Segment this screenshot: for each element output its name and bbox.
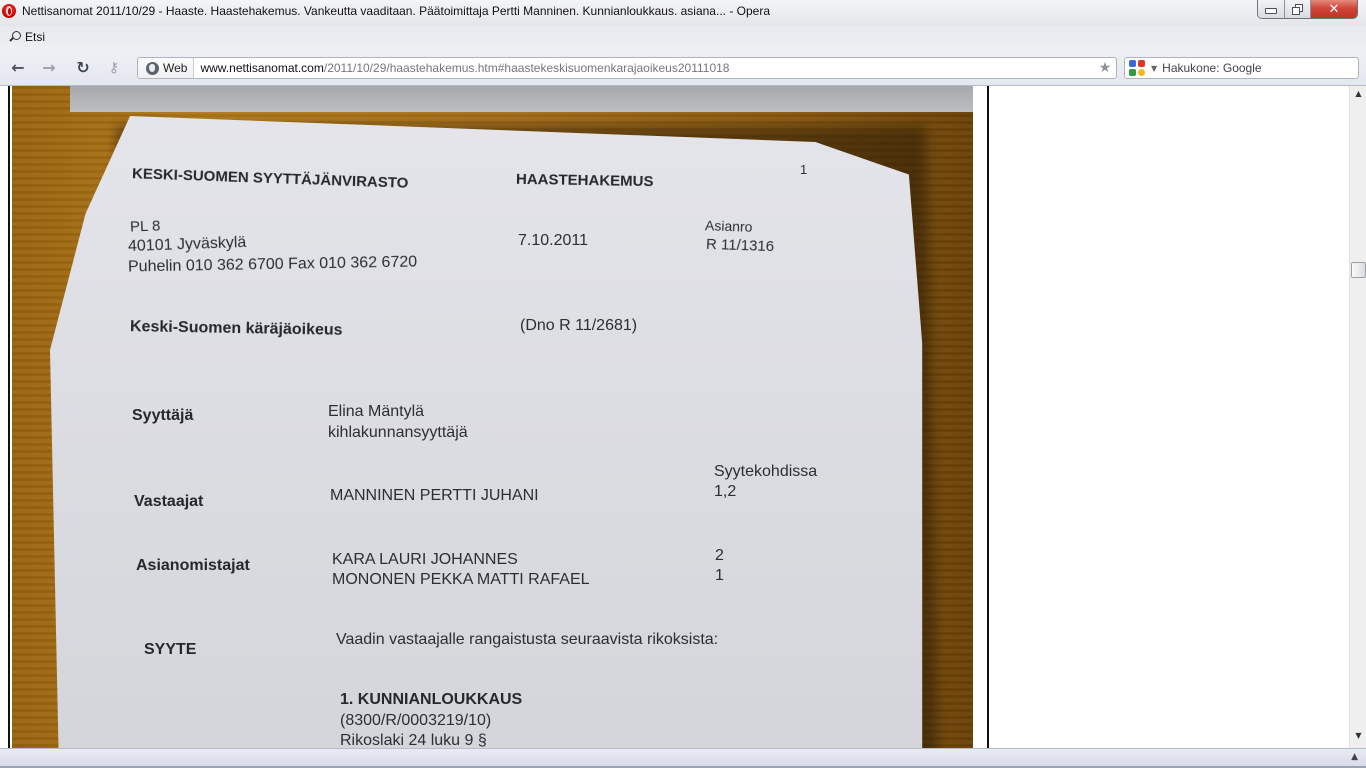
- back-arrow-icon: ←: [11, 60, 24, 76]
- doc-charge-label: SYYTE: [144, 641, 196, 659]
- navigation-toolbar: ← → ↻ ⚷ Web www.nettisanomat.com/2011/10…: [0, 50, 1366, 86]
- doc-case-number: R 11/1316: [706, 236, 775, 255]
- doc-type: HAASTEHAKEMUS: [516, 171, 654, 190]
- opera-icon[interactable]: [2, 4, 16, 18]
- search-engine-placeholder: Hakukone: Google: [1162, 61, 1261, 75]
- scroll-down-arrow-icon[interactable]: ▼: [1350, 731, 1366, 745]
- search-menu-label: Etsi: [25, 30, 45, 44]
- scrollbar-thumb[interactable]: [1351, 262, 1366, 278]
- site-badge-label: Web: [163, 61, 187, 75]
- doc-charge-intro: Vaadin vastaajalle rangaistusta seuraavi…: [336, 631, 718, 649]
- forward-button[interactable]: →: [40, 59, 58, 77]
- doc-item1-ref: (8300/R/0003219/10): [340, 712, 491, 730]
- bottom-panel-bar: ▲: [0, 748, 1366, 768]
- scroll-up-arrow-icon[interactable]: ▲: [1350, 89, 1366, 103]
- doc-charges-header: Syytekohdissa: [714, 463, 817, 481]
- photo-top-edge: [70, 86, 973, 112]
- globe-icon: [146, 62, 159, 75]
- doc-case-label: Asianro: [705, 217, 753, 235]
- reload-icon: ↻: [76, 60, 89, 76]
- doc-prosecutor-title: kihlakunnansyyttäjä: [328, 424, 468, 442]
- forward-arrow-icon: →: [42, 60, 55, 76]
- doc-defendant-charges: 1,2: [714, 483, 736, 501]
- site-info-badge[interactable]: Web: [138, 58, 194, 78]
- vertical-scrollbar[interactable]: ▲ ▼: [1349, 86, 1366, 748]
- doc-plaintiff-name: MONONEN PEKKA MATTI RAFAEL: [332, 571, 590, 589]
- doc-plaintiff-name: KARA LAURI JOHANNES: [332, 551, 518, 569]
- doc-item1-title: 1. KUNNIANLOUKKAUS: [340, 691, 522, 709]
- key-icon: ⚷: [109, 61, 119, 75]
- restore-button[interactable]: [1285, 0, 1311, 18]
- panel-toggle-arrow-icon[interactable]: ▲: [1351, 752, 1358, 762]
- back-button[interactable]: ←: [9, 59, 27, 77]
- doc-prosecutor-label: Syyttäjä: [132, 407, 193, 425]
- doc-address-line1: PL 8: [130, 217, 161, 235]
- reload-button[interactable]: ↻: [74, 59, 92, 77]
- doc-court-dno: (Dno R 11/2681): [520, 317, 637, 335]
- bookmark-star-icon[interactable]: ★: [1094, 60, 1116, 76]
- page-content: KESKI-SUOMEN SYYTTÄJÄNVIRASTO HAASTEHAKE…: [0, 86, 1366, 748]
- wand-button[interactable]: ⚷: [105, 59, 123, 77]
- document-photo: KESKI-SUOMEN SYYTTÄJÄNVIRASTO HAASTEHAKE…: [12, 86, 973, 748]
- doc-page-number: 1: [800, 162, 807, 177]
- url-host: www.nettisanomat.com: [200, 61, 323, 75]
- window-controls: ✕: [1257, 0, 1358, 19]
- google-icon[interactable]: [1129, 60, 1145, 76]
- chevron-down-icon[interactable]: ▼: [1151, 64, 1157, 73]
- doc-date: 7.10.2011: [518, 232, 588, 250]
- url-field[interactable]: www.nettisanomat.com/2011/10/29/haasteha…: [194, 61, 1094, 75]
- search-menu-button[interactable]: Etsi: [9, 30, 45, 44]
- close-button[interactable]: ✕: [1311, 0, 1357, 18]
- doc-defendant-name: MANNINEN PERTTI JUHANI: [330, 487, 539, 505]
- doc-plaintiff-charge: 2: [715, 547, 724, 565]
- minimize-icon: [1265, 8, 1277, 14]
- close-icon: ✕: [1329, 2, 1340, 17]
- search-engine-field[interactable]: ▼ Hakukone: Google: [1124, 57, 1359, 79]
- doc-court: Keski-Suomen käräjäoikeus: [130, 318, 343, 340]
- window-title: Nettisanomat 2011/10/29 - Haaste. Haaste…: [22, 4, 770, 18]
- magnifier-icon: [9, 31, 21, 43]
- doc-item1-law: Rikoslaki 24 luku 9 §: [340, 732, 487, 748]
- url-path: /2011/10/29/haastehakemus.htm#haastekesk…: [324, 61, 730, 75]
- doc-defendants-label: Vastaajat: [134, 493, 203, 511]
- doc-plaintiffs-label: Asianomistajat: [136, 557, 250, 575]
- doc-plaintiff-charge: 1: [715, 567, 724, 585]
- minimize-button[interactable]: [1258, 0, 1285, 18]
- restore-icon: [1292, 4, 1303, 15]
- menu-bar: Etsi: [0, 26, 1366, 50]
- doc-prosecutor-name: Elina Mäntylä: [328, 403, 424, 421]
- frame-divider: [987, 86, 989, 748]
- frame-border: [8, 86, 10, 748]
- address-bar[interactable]: Web www.nettisanomat.com/2011/10/29/haas…: [137, 57, 1117, 79]
- window-title-bar: Nettisanomat 2011/10/29 - Haaste. Haaste…: [0, 0, 1366, 26]
